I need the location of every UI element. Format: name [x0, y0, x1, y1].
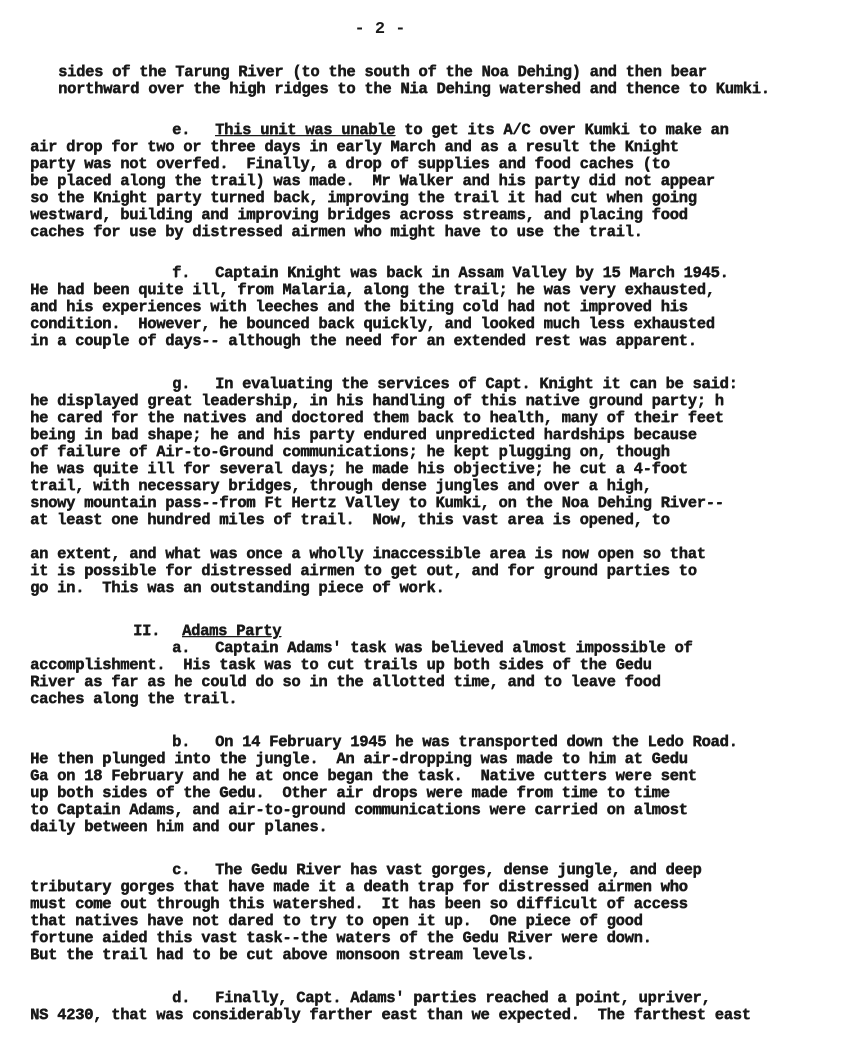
text-line: air drop for two or three days in early … — [30, 139, 679, 156]
text-line: snowy mountain pass--from Ft Hertz Valle… — [30, 495, 724, 512]
text-line: On 14 February 1945 he was transported d… — [215, 734, 737, 751]
text-line: in a couple of days-- although the need … — [30, 333, 697, 350]
page-number: - 2 - — [0, 20, 760, 39]
text-line: northward over the high ridges to the Ni… — [58, 81, 770, 98]
paragraph-marker: a. — [172, 640, 190, 657]
text-line: Captain Adams' task was believed almost … — [215, 640, 692, 657]
text-line: he was quite ill for several days; he ma… — [30, 461, 688, 478]
text-line: at least one hundred miles of trail. Now… — [30, 512, 670, 529]
paragraph-marker: g. — [172, 376, 190, 393]
text-line: being in bad shape; he and his party end… — [30, 427, 697, 444]
text-line: The Gedu River has vast gorges, dense ju… — [215, 862, 701, 879]
text-line: caches along the trail. — [30, 691, 237, 708]
text-line: go in. This was an outstanding piece of … — [30, 580, 444, 597]
paragraph-marker: e. — [172, 122, 190, 139]
text-line: so the Knight party turned back, improvi… — [30, 190, 697, 207]
text-line: This unit was unable to get its A/C over… — [215, 122, 728, 139]
text-line: He then plunged into the jungle. An air-… — [30, 751, 688, 768]
text-line: party was not overfed. Finally, a drop o… — [30, 156, 670, 173]
text-line: daily between him and our planes. — [30, 819, 327, 836]
text-line: westward, building and improving bridges… — [30, 207, 688, 224]
paragraph-marker: c. — [172, 862, 190, 879]
text-line: accomplishment. His task was to cut trai… — [30, 657, 652, 674]
underlined-phrase: This unit was unable — [215, 121, 395, 139]
text-line: Finally, Capt. Adams' parties reached a … — [215, 990, 710, 1007]
section-title: Adams Party — [182, 623, 281, 640]
text-line: he cared for the natives and doctored th… — [30, 410, 724, 427]
text-line: tributary gorges that have made it a dea… — [30, 879, 688, 896]
text-line: But the trail had to be cut above monsoo… — [30, 947, 534, 964]
text-line: fortune aided this vast task--the waters… — [30, 930, 652, 947]
text-line: In evaluating the services of Capt. Knig… — [215, 376, 737, 393]
text-line: up both sides of the Gedu. Other air dro… — [30, 785, 670, 802]
text-line: Captain Knight was back in Assam Valley … — [215, 265, 728, 282]
text-line: He had been quite ill, from Malaria, alo… — [30, 282, 715, 299]
paragraph-marker: b. — [172, 734, 190, 751]
text-line: trail, with necessary bridges, through d… — [30, 478, 652, 495]
paragraph-marker: d. — [172, 990, 190, 1007]
text-line: River as far as he could do so in the al… — [30, 674, 661, 691]
text-line: it is possible for distressed airmen to … — [30, 563, 697, 580]
text-line: an extent, and what was once a wholly in… — [30, 546, 706, 563]
text-line: sides of the Tarung River (to the south … — [58, 64, 707, 81]
text-line: NS 4230, that was considerably farther e… — [30, 1007, 751, 1024]
text-line: to Captain Adams, and air-to-ground comm… — [30, 802, 688, 819]
text-line: condition. However, he bounced back quic… — [30, 316, 715, 333]
document-page: - 2 - sides of the Tarung River (to the … — [0, 0, 850, 1064]
text-line: Ga on 18 February and he at once began t… — [30, 768, 697, 785]
text-line: that natives have not dared to try to op… — [30, 913, 643, 930]
text-line: caches for use by distressed airmen who … — [30, 224, 643, 241]
paragraph-marker: f. — [172, 265, 190, 282]
text-line: and his experiences with leeches and the… — [30, 299, 688, 316]
text-line: be placed along the trail) was made. Mr … — [30, 173, 715, 190]
text-line: must come out through this watershed. It… — [30, 896, 688, 913]
text-line: of failure of Air-to-Ground communicatio… — [30, 444, 670, 461]
section-numeral: II. — [133, 623, 160, 640]
text-line: he displayed great leadership, in his ha… — [30, 393, 724, 410]
